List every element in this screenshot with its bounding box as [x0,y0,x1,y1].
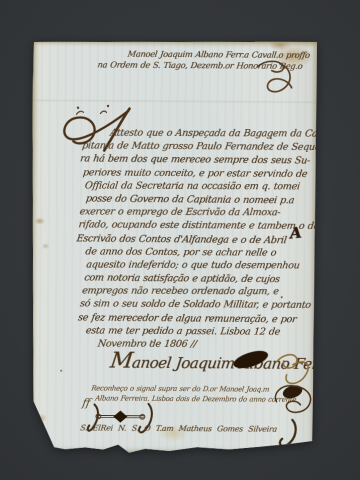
scanned-document-photo: Manoel Joaquim Albano Ferr.a Cavall.o pr… [0,0,360,480]
paper-sheet: Manoel Joaquim Albano Ferr.a Cavall.o pr… [30,40,317,454]
manuscript-line: Attesto que o Anspeçada da Bagagem da Ca… [109,127,318,141]
final-flourish-icon [276,419,298,449]
ink-specks [33,40,34,41]
manuscript-line: rifado, ocupando este distintamente e ta… [78,219,318,234]
manuscript-paper: Manoel Joaquim Albano Ferr.a Cavall.o pr… [30,40,317,454]
signature: Manoel Joaquim Albano Ferreira [109,349,355,376]
bottom-attestation-line: S. ElRei N. S. O T.am Matheus Gomes Silv… [80,423,301,434]
manuscript-line: exercer o emprego de Escrivão da Almoxa- [79,205,318,219]
manuscript-body: Attesto que o Anspeçada da Bagagem da Ca… [75,126,317,352]
manuscript-line: aquesito indeferido; o que tudo desempen… [85,258,317,272]
ink-blot-mark: A [289,223,302,242]
header-paraph-flourish-icon [255,58,299,96]
manuscript-line: Official da Secretaria na occasião em q.… [84,179,318,193]
manuscript-line: só sim o seu soldo de Soldado Millitar, … [79,298,317,313]
manuscript-line: periores muito conceito, e por estar ser… [82,166,318,181]
notary-paraph-flourish-icon [270,382,316,416]
